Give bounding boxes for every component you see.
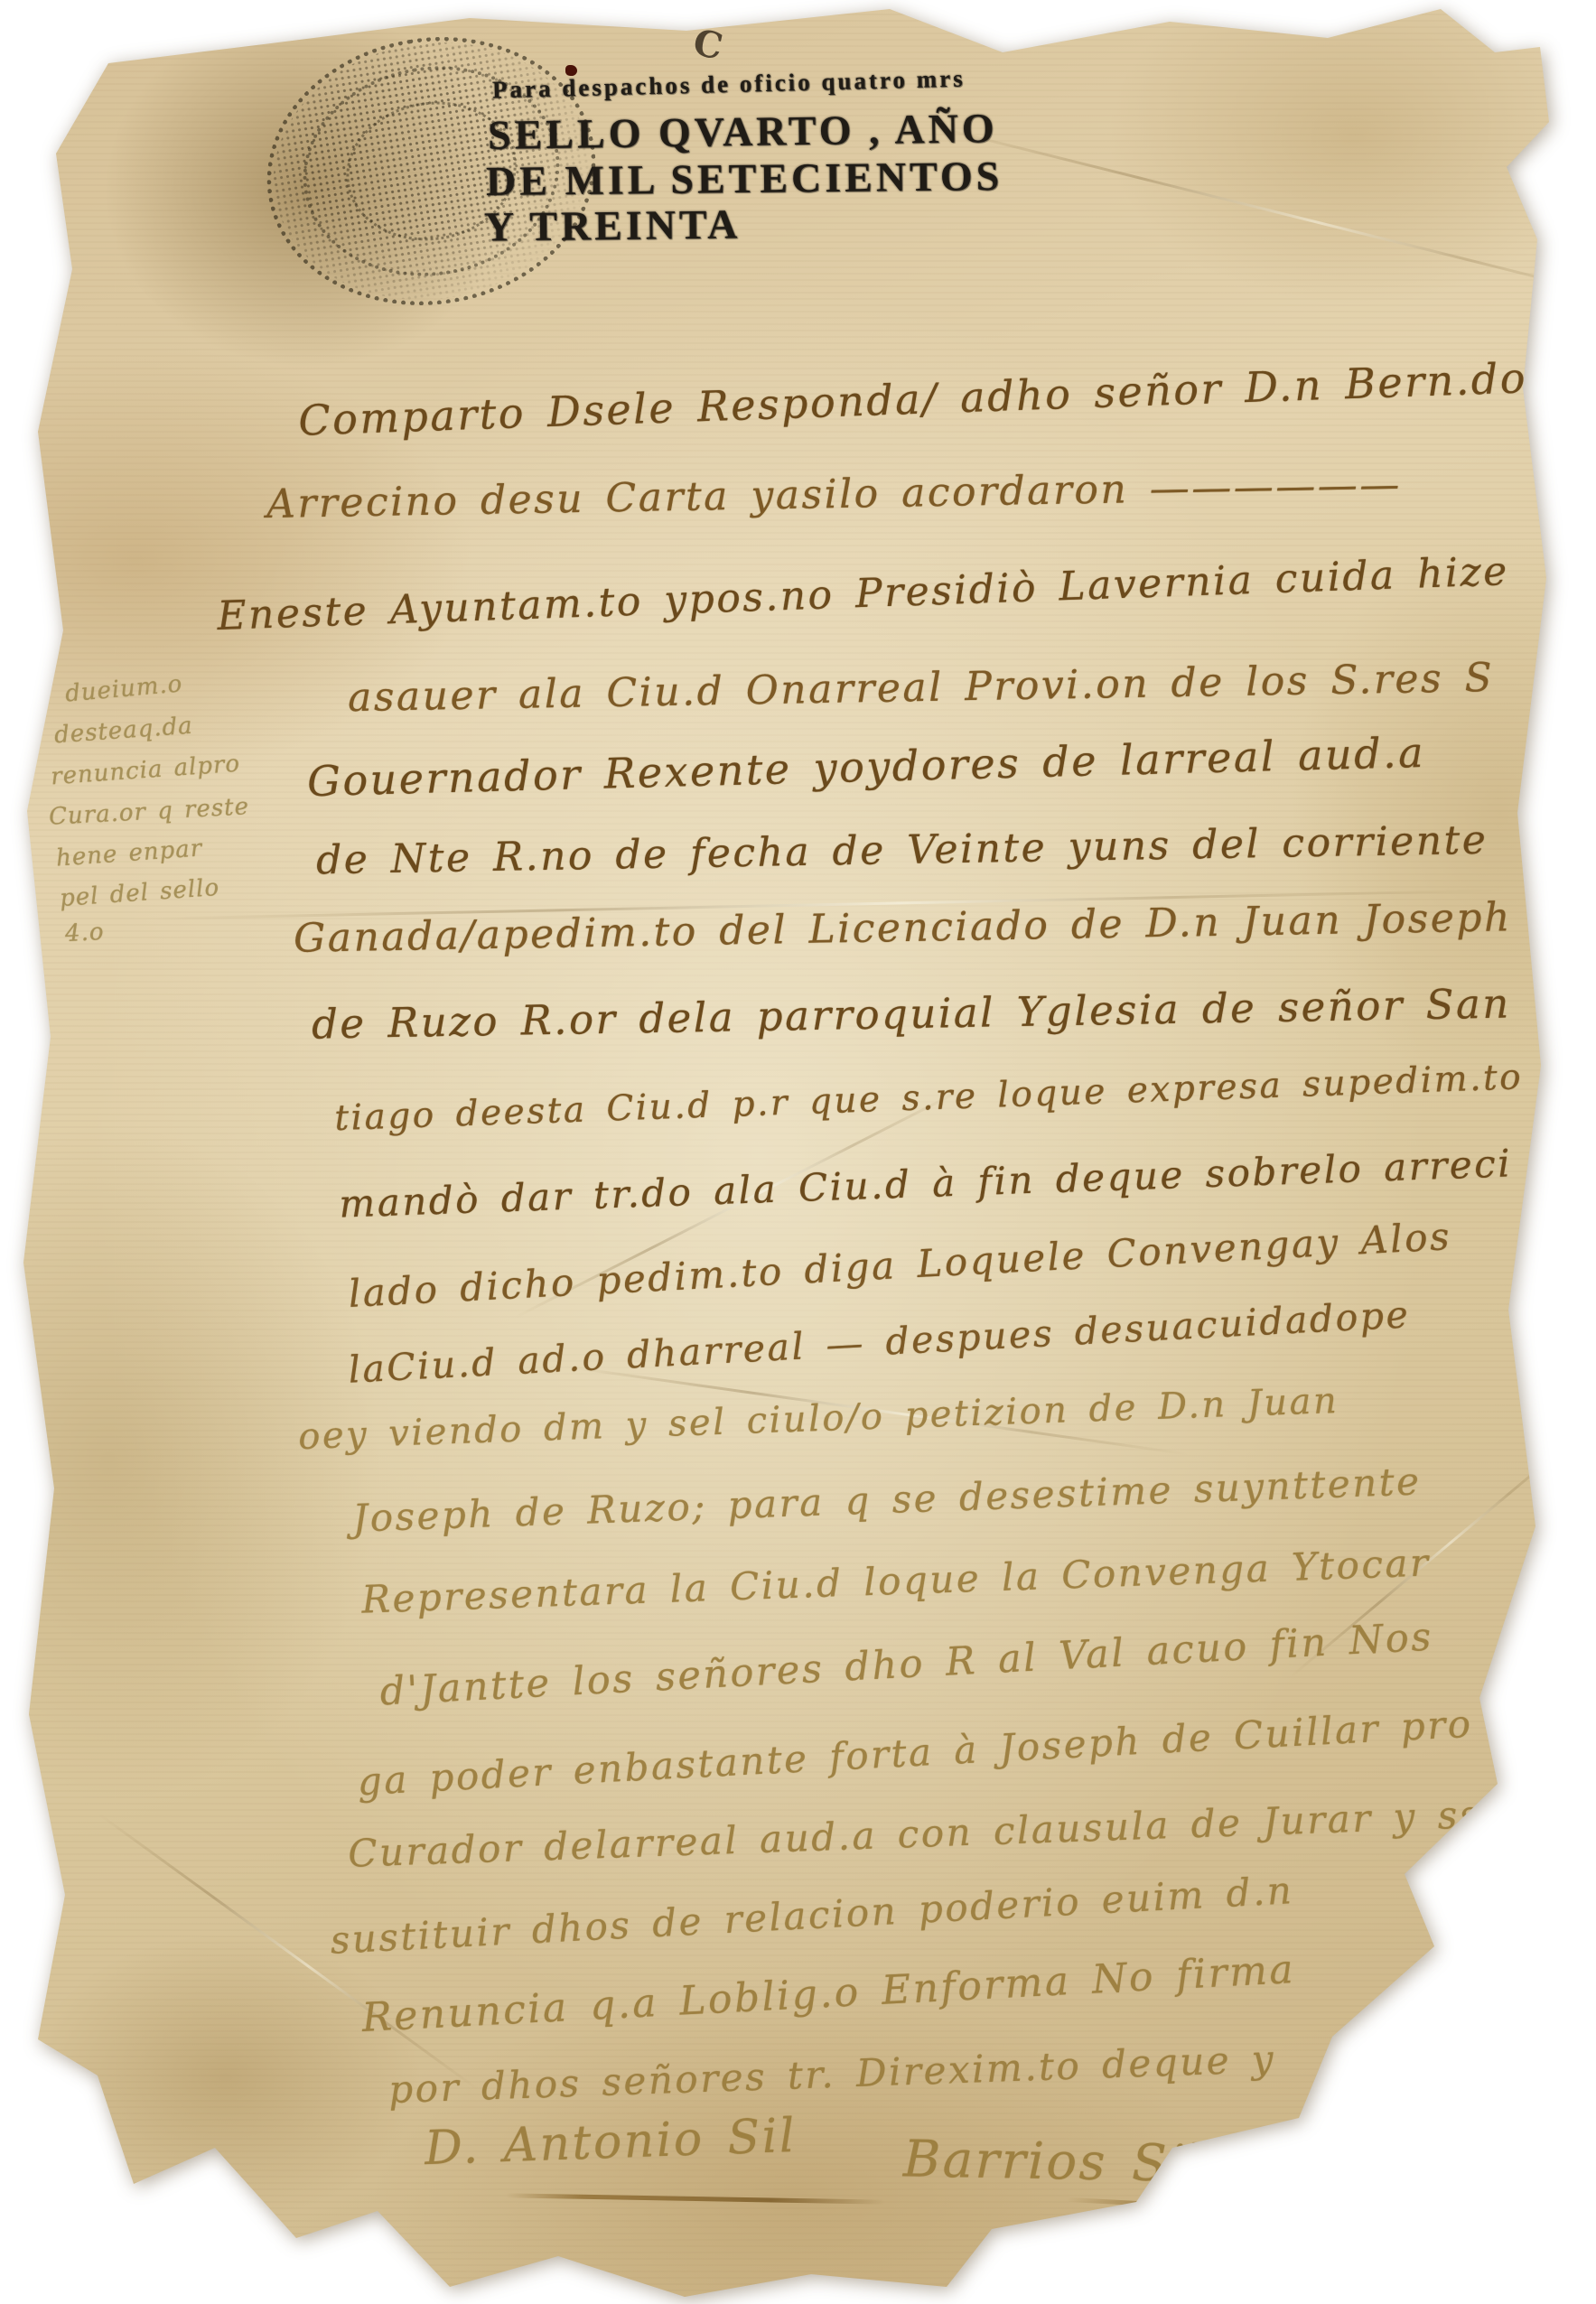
manuscript-paper: C Para despachos de oficio quatro mrs SE… [0,0,1596,2304]
margin-note-line: Cura.or q reste [48,793,249,831]
body-line: Renuncia q.a Loblig.o Enforma No firma [360,1946,1296,2041]
body-line: sustituir dhos de relacion poderio euim … [329,1868,1294,1963]
signature-right: Barrios Sil de [902,2130,1297,2196]
body-line: Curador delarreal aud.a con clausula de … [348,1792,1482,1876]
body-line: d'Jantte los señores dho R al Val acuo f… [378,1614,1433,1714]
body-line: por dhos señores tr. Direxim.to deque y [387,2037,1275,2112]
body-line: Comparto Dsele Responda/ adho señor D.n … [297,353,1527,444]
stamp-title-line-2: DE MIL SETECIENTOS [486,153,1003,205]
margin-note-line: desteaq.da [53,713,193,750]
paper-sheet-wrap: C Para despachos de oficio quatro mrs SE… [0,0,1596,2304]
body-line: asauer ala Ciu.d Onarreal Provi.on de lo… [348,655,1495,721]
margin-note-line: renuncia alpro [50,751,241,791]
body-line: Ganada/apedim.to del Licenciado de D.n J… [294,894,1513,962]
margin-note-line: hene enpar [55,835,203,872]
pen-mark: C [689,21,726,69]
stamp-title-line-1: SELLO QVARTO , AÑO [488,105,998,159]
body-line: de Nte R.no de fecha de Veinte yuns del … [316,817,1489,884]
body-line: Eneste Ayuntam.to ypos.no Presidiò Laver… [217,548,1510,639]
margin-note-line: dueium.o [64,670,184,707]
body-line: Gouernador Rexente yoydores de larreal a… [307,728,1426,806]
stamp-title-line-3: Y TREINTA [484,201,742,251]
margin-note-line: 4.o [64,919,105,947]
body-line: Joseph de Ruzo; para q se desestime suyn… [352,1459,1423,1540]
body-line: Arrecino desu Carta yasilo acordaron ———… [266,462,1402,527]
signature-flourish [1066,2197,1589,2229]
document-scan: C Para despachos de oficio quatro mrs SE… [0,0,1596,2304]
body-line: de Ruzo R.or dela parroquial Yglesia de … [312,979,1512,1048]
signature-flourish [506,2193,885,2204]
body-line: oey viendo dm y sel ciulo/o petizion de … [298,1380,1339,1458]
margin-note-line: pel del sello [59,874,220,912]
crease-line [923,123,1596,304]
signature-left: D. Antonio Sil [424,2109,798,2176]
body-line: ga poder enbastante forta à Joseph de Cu… [357,1702,1474,1805]
body-line: mandò dar tr.do ala Ciu.d à fin deque so… [339,1141,1513,1226]
body-line: tiago deesta Ciu.d p.r que s.re loque ex… [334,1055,1587,1139]
body-line: Representara la Ciu.d loque la Convenga … [361,1540,1432,1621]
